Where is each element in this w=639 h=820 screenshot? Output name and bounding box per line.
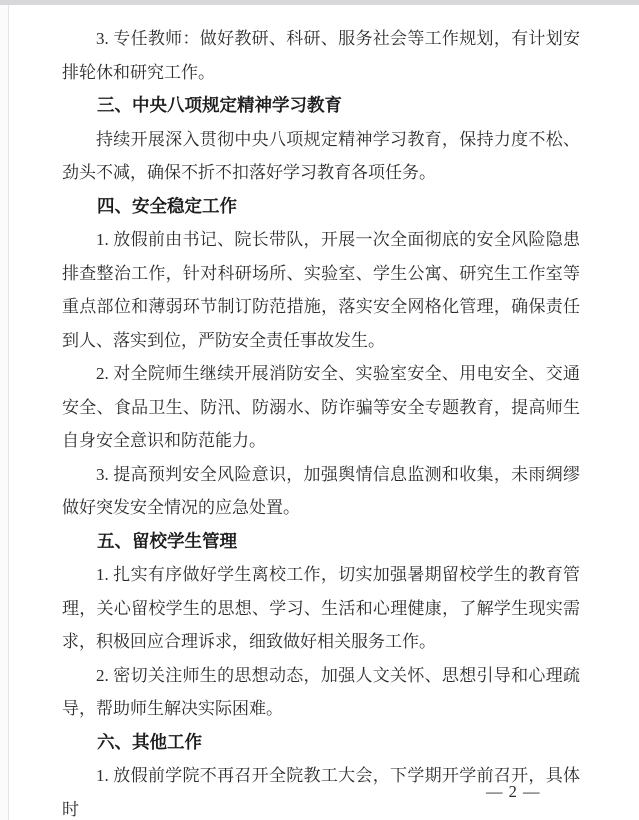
section-heading: 三、中央八项规定精神学习教育 [62, 89, 580, 123]
section-heading: 四、安全稳定工作 [62, 190, 580, 224]
section-heading: 六、其他工作 [62, 726, 580, 760]
page-number: — 2 — [486, 782, 541, 802]
section-heading: 五、留校学生管理 [62, 525, 580, 559]
paragraph: 2. 密切关注师生的思想动态，加强人文关怀、思想引导和心理疏导，帮助师生解决实际… [62, 659, 580, 726]
paragraph: 1. 放假前由书记、院长带队，开展一次全面彻底的安全风险隐患排查整治工作，针对科… [62, 223, 580, 357]
document-page: 3. 专任教师：做好教研、科研、服务社会等工作规划，有计划安排轮休和研究工作。三… [0, 0, 639, 820]
paragraph: 3. 提高预判安全风险意识，加强舆情信息监测和收集，未雨绸缪做好突发安全情况的应… [62, 458, 580, 525]
left-edge-strip [0, 5, 9, 820]
paragraph: 持续开展深入贯彻中央八项规定精神学习教育，保持力度不松、劲头不减，确保不折不扣落… [62, 123, 580, 190]
paragraph: 2. 对全院师生继续开展消防安全、实验室安全、用电安全、交通安全、食品卫生、防汛… [62, 357, 580, 458]
paragraph: 3. 专任教师：做好教研、科研、服务社会等工作规划，有计划安排轮休和研究工作。 [62, 22, 580, 89]
paragraph: 1. 扎实有序做好学生离校工作，切实加强暑期留校学生的教育管理，关心留校学生的思… [62, 558, 580, 659]
document-body: 3. 专任教师：做好教研、科研、服务社会等工作规划，有计划安排轮休和研究工作。三… [62, 22, 580, 820]
top-edge-strip [0, 0, 639, 5]
